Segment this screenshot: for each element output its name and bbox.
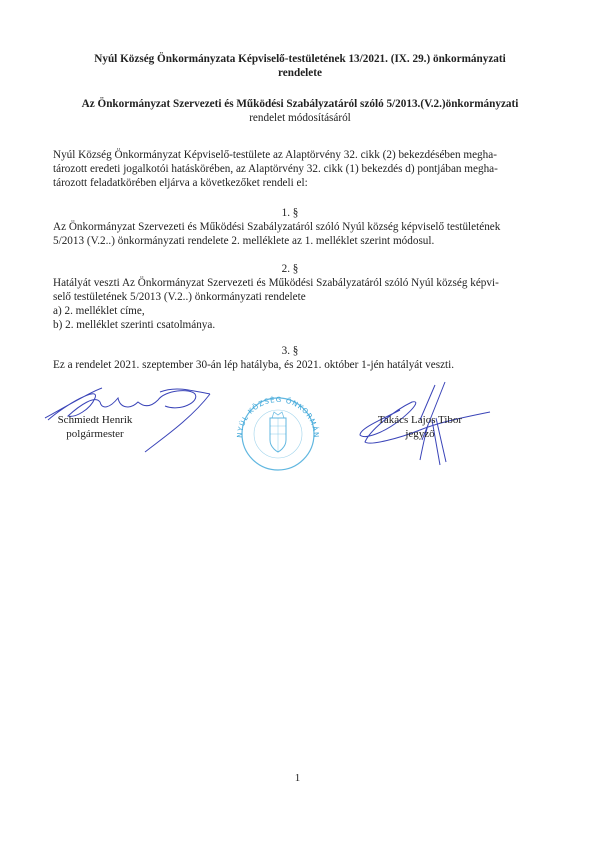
- official-stamp-icon: NYÚL KÖZSÉG ÖNKORMÁNYZATA: [228, 388, 328, 476]
- preamble-line: tározott feladatkörében eljárva a követk…: [53, 176, 533, 190]
- page-number: 1: [0, 772, 595, 784]
- document-title-line1: Nyúl Község Önkormányzata Képviselő-test…: [50, 52, 550, 67]
- signature-right-role: jegyző: [365, 427, 475, 441]
- section-heading-1: 1. §: [50, 206, 530, 220]
- section-heading-3: 3. §: [50, 344, 530, 358]
- document-title-line2: rendelete: [50, 66, 550, 81]
- signature-left-role: polgármester: [55, 427, 135, 441]
- section-2-line: a) 2. melléklet címe,: [53, 304, 533, 318]
- signature-right-name: Takács Lajos Tibor: [365, 413, 475, 427]
- document-subtitle-line1: Az Önkormányzat Szervezeti és Működési S…: [50, 97, 550, 112]
- section-1-line: 5/2013 (V.2..) önkormányzati rendelete 2…: [53, 234, 533, 248]
- preamble-line: Nyúl Község Önkormányzat Képviselő-testü…: [53, 148, 533, 162]
- preamble-line: tározott eredeti jogalkotói hatáskörében…: [53, 162, 533, 176]
- svg-text:NYÚL KÖZSÉG ÖNKORMÁNYZATA: NYÚL KÖZSÉG ÖNKORMÁNYZATA: [224, 382, 320, 439]
- section-2-line: Hatályát veszti Az Önkormányzat Szerveze…: [53, 276, 533, 290]
- document-subtitle-line2: rendelet módosításáról: [50, 111, 550, 126]
- section-heading-2: 2. §: [50, 262, 530, 276]
- signature-left-name: Schmiedt Henrik: [55, 413, 135, 427]
- section-2-line: b) 2. melléklet szerinti csatolmánya.: [53, 318, 533, 332]
- section-3-line: Ez a rendelet 2021. szeptember 30-án lép…: [53, 358, 533, 372]
- section-2-line: selő testületének 5/2013 (V.2..) önkormá…: [53, 290, 533, 304]
- section-1-line: Az Önkormányzat Szervezeti és Működési S…: [53, 220, 533, 234]
